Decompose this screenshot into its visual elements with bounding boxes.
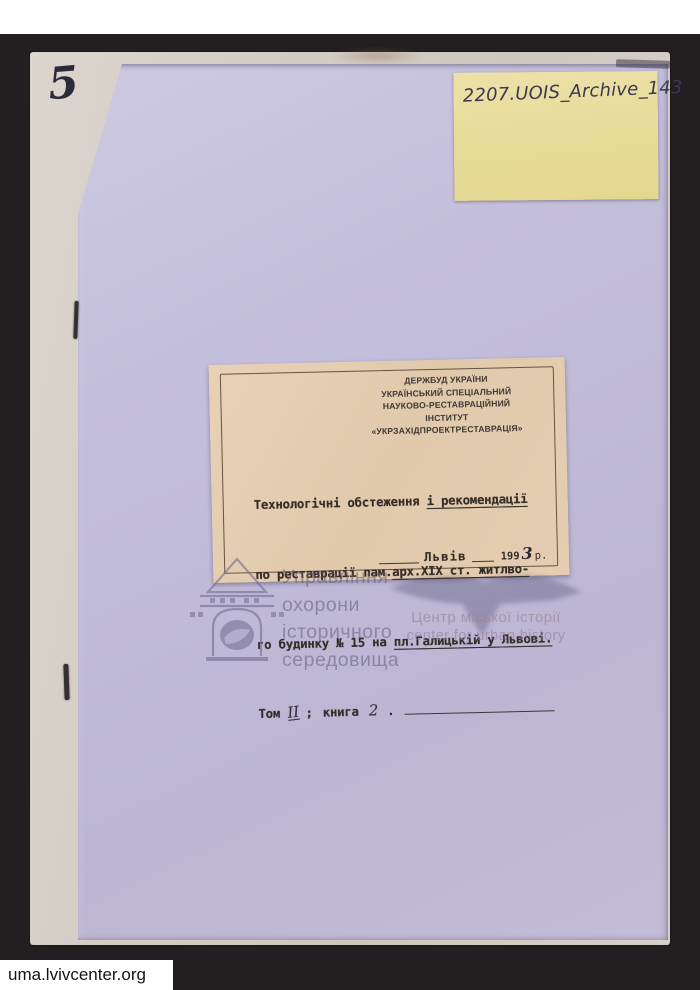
paper-stain (330, 48, 425, 64)
title-line-1: Технологічні обстеження і рекомендації (254, 488, 550, 518)
sticky-note-text: 2207.UOIS_Archive_143 (453, 68, 658, 108)
watermark-right-text: Центр міської історії center for urban h… (394, 608, 578, 646)
sticky-note: 2207.UOIS_Archive_143 (453, 71, 658, 201)
tower-lion-emblem-icon (186, 556, 288, 670)
cover-corner-fold (616, 59, 670, 69)
site-label: uma.lvivcenter.org (0, 960, 173, 990)
blank-line (404, 697, 554, 715)
footer-watermark: uma.lvivcenter.org (0, 960, 173, 990)
label-organization-name: ДЕРЖБУД УКРАЇНИ УКРАЇНСЬКИЙ СПЕЦІАЛЬНИЙ … (339, 371, 554, 439)
staple-top-icon (73, 301, 78, 339)
volume-row: Том ІІ ; книга 2 . (258, 697, 554, 727)
page-scan: 5 2207.UOIS_Archive_143 ДЕРЖБУД УКРАЇНИ … (30, 52, 670, 945)
handwritten-page-number: 5 (46, 57, 81, 110)
volume-label: Том (258, 703, 280, 727)
handwritten-book-number: 2 (369, 702, 379, 720)
watermark-left-text: Управління охорони історичного середовищ… (282, 564, 399, 674)
scanned-document-photo: 5 2207.UOIS_Archive_143 ДЕРЖБУД УКРАЇНИ … (0, 0, 700, 990)
staple-bottom-icon (63, 664, 69, 700)
scanner-white-strip (0, 0, 700, 34)
handwritten-volume-number: ІІ (286, 703, 300, 722)
book-label: книга (323, 701, 360, 725)
